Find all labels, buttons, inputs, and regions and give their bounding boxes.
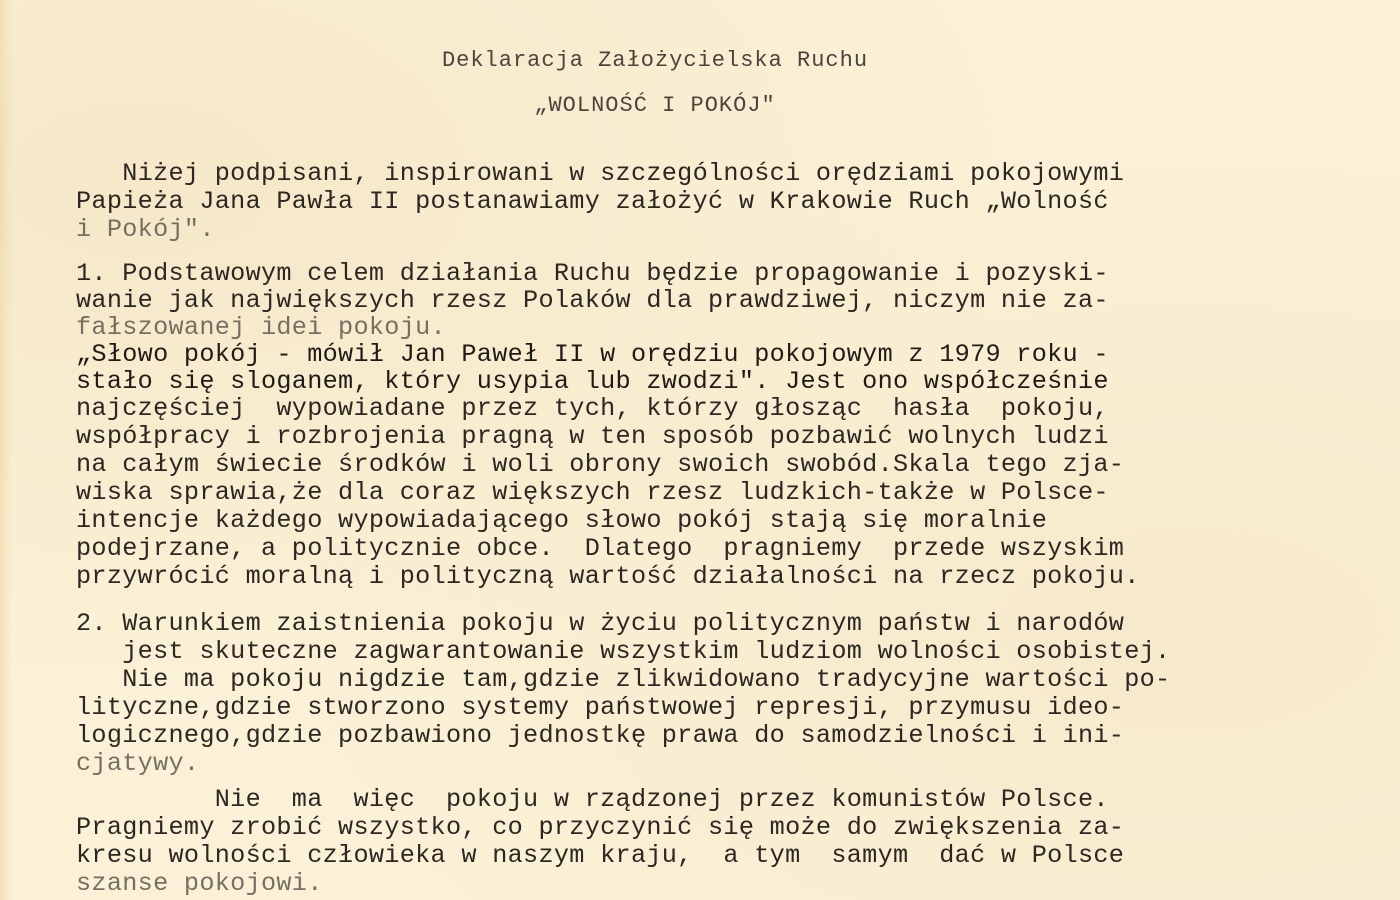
point-1-line: 1. Podstawowym celem działania Ruchu będ… bbox=[76, 260, 1109, 288]
intro-line: i Pokój". bbox=[76, 216, 215, 244]
point-1-line: najczęściej wypowiadane przez tych, któr… bbox=[76, 395, 1109, 423]
point-2-line: lityczne,gdzie stworzono systemy państwo… bbox=[76, 694, 1124, 722]
point-2-line: jest skuteczne zagwarantowanie wszystkim… bbox=[76, 638, 1170, 666]
point-2-line: logicznego,gdzie pozbawiono jednostkę pr… bbox=[76, 722, 1124, 750]
point-1-line: intencje każdego wypowiadającego słowo p… bbox=[76, 507, 1078, 535]
point-1-line: wiska sprawia,że dla coraz większych rze… bbox=[76, 479, 1109, 507]
point-1-line: stało się sloganem, który usypia lub zwo… bbox=[76, 368, 1109, 396]
movement-name: „WOLNOŚĆ I POKÓJ" bbox=[0, 93, 1310, 118]
intro-line: Papieża Jana Pawła II postanawiamy założ… bbox=[76, 188, 1109, 216]
point-1-line: współpracy i rozbrojenia pragną w ten sp… bbox=[76, 423, 1109, 451]
closing-line: szanse pokojowi. bbox=[76, 870, 323, 898]
document-title: Deklaracja Założycielska Ruchu bbox=[0, 48, 1310, 73]
point-2-line: Nie ma pokoju nigdzie tam,gdzie zlikwido… bbox=[76, 666, 1170, 694]
intro-line: Niżej podpisani, inspirowani w szczególn… bbox=[76, 160, 1124, 188]
closing-line: Nie ma więc pokoju w rządzonej przez kom… bbox=[76, 786, 1109, 814]
closing-line: kresu wolności człowieka w naszym kraju,… bbox=[76, 842, 1124, 870]
point-1-line: przywrócić moralną i polityczną wartość … bbox=[76, 563, 1140, 591]
typewritten-document: Deklaracja Założycielska Ruchu „WOLNOŚĆ … bbox=[0, 0, 1400, 900]
point-1-line: podejrzane, a politycznie obce. Dlatego … bbox=[76, 535, 1124, 563]
closing-line: Pragniemy zrobić wszystko, co przyczynić… bbox=[76, 814, 1124, 842]
point-1-line: fałszowanej idei pokoju. bbox=[76, 314, 446, 342]
point-2-line: 2. Warunkiem zaistnienia pokoju w życiu … bbox=[76, 610, 1124, 638]
point-1-line: wanie jak największych rzesz Polaków dla… bbox=[76, 287, 1109, 315]
point-1-line: „Słowo pokój - mówił Jan Paweł II w oręd… bbox=[76, 341, 1109, 369]
point-1-line: na całym świecie środków i woli obrony s… bbox=[76, 451, 1124, 479]
point-2-line: cjatywy. bbox=[76, 750, 199, 778]
